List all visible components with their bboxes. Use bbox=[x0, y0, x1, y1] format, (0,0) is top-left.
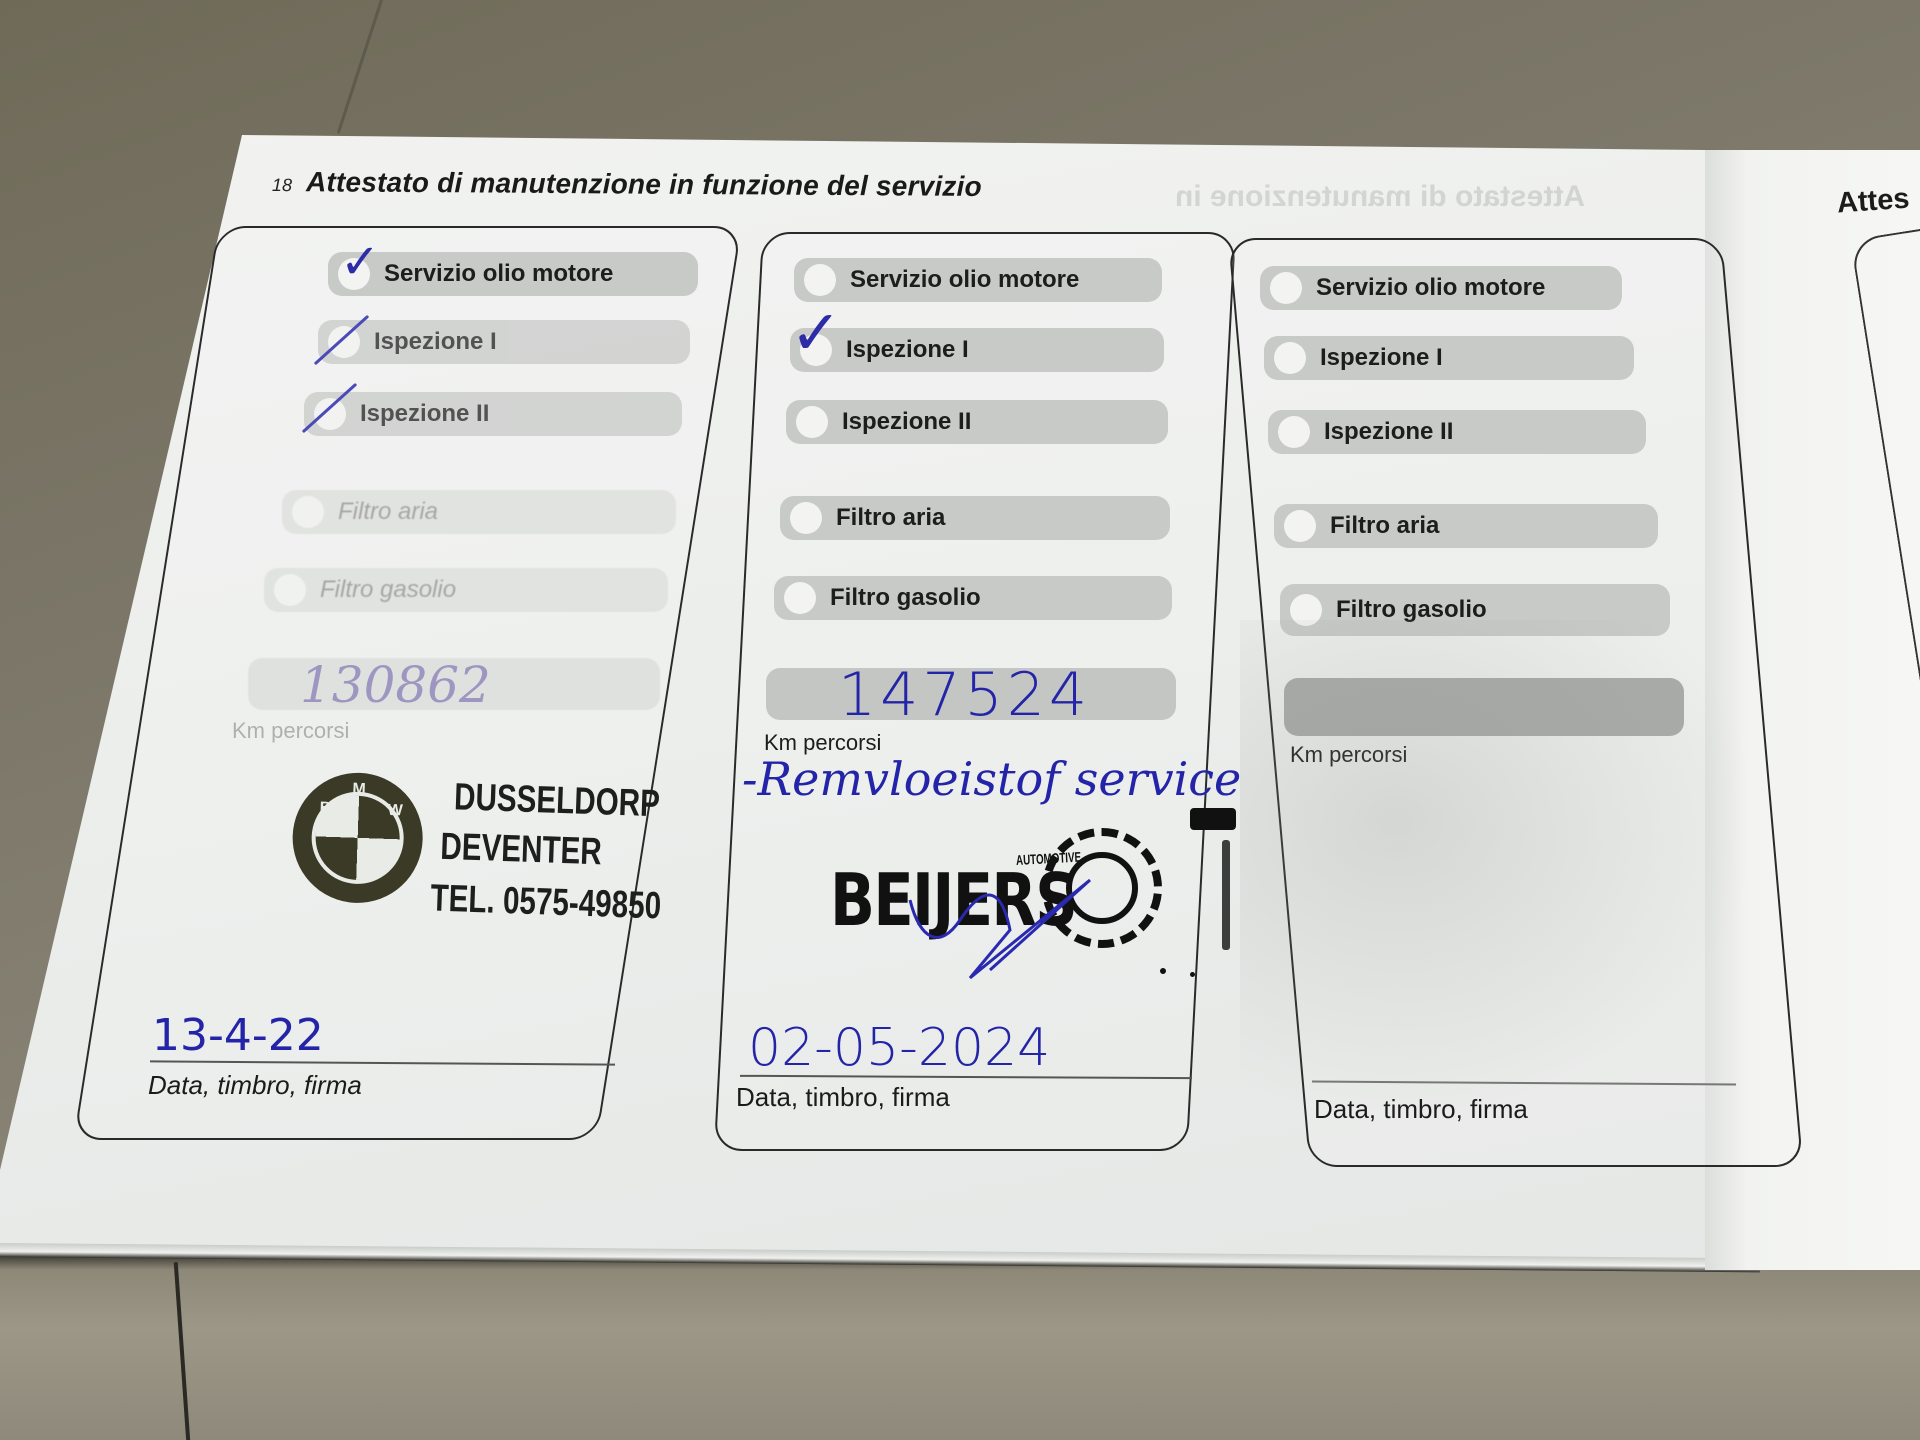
panel2-item-filtro-gasolio[interactable]: Filtro gasolio bbox=[774, 576, 1172, 620]
panel3-item-filtro-aria[interactable]: Filtro aria bbox=[1274, 504, 1658, 548]
panel1-km-label: Km percorsi bbox=[232, 718, 349, 744]
panel2-km-value: 147524 bbox=[838, 660, 1091, 730]
next-page-title: Attes bbox=[1836, 183, 1911, 221]
item-label: Ispezione I bbox=[1320, 344, 1443, 372]
item-label: Ispezione II bbox=[842, 408, 971, 436]
radio-circle-icon[interactable] bbox=[804, 264, 836, 296]
panel1-km-value: 130862 bbox=[300, 656, 491, 714]
item-label: Filtro aria bbox=[1330, 512, 1439, 540]
bmw-logo-icon: B M W bbox=[290, 771, 424, 905]
panel1-item-servizio-olio[interactable]: Servizio olio motore bbox=[328, 252, 698, 296]
radio-circle-icon[interactable] bbox=[1278, 416, 1310, 448]
panel3-km-label: Km percorsi bbox=[1290, 742, 1407, 768]
item-label: Filtro gasolio bbox=[830, 584, 981, 612]
panel2-date: 02-05-2024 bbox=[748, 1018, 1050, 1078]
radio-circle-icon[interactable] bbox=[1274, 342, 1306, 374]
item-label: Ispezione II bbox=[1324, 418, 1453, 446]
ink-speck bbox=[1160, 968, 1166, 974]
bmw-letter: M bbox=[352, 781, 366, 799]
check-mark-icon: ✓ bbox=[340, 234, 380, 290]
item-label: Servizio olio motore bbox=[384, 260, 613, 288]
panel2-service-note: -Remvloeistof service bbox=[742, 752, 1241, 806]
item-label: Servizio olio motore bbox=[1316, 274, 1545, 302]
panel3-km-field[interactable] bbox=[1284, 678, 1684, 736]
radio-circle-icon[interactable] bbox=[1284, 510, 1316, 542]
item-label: Ispezione I bbox=[846, 336, 969, 364]
stamp-dealer-phone: TEL. 0575-49850 bbox=[430, 877, 662, 928]
item-label: Filtro gasolio bbox=[320, 576, 456, 604]
item-label: Filtro gasolio bbox=[1336, 596, 1487, 624]
item-label: Filtro aria bbox=[338, 498, 438, 526]
check-mark-icon: ✓ bbox=[790, 296, 842, 369]
radio-circle-icon[interactable] bbox=[790, 502, 822, 534]
bmw-letter: W bbox=[387, 802, 403, 821]
radio-circle-icon[interactable] bbox=[328, 326, 360, 358]
panel2-signature-label: Data, timbro, firma bbox=[736, 1082, 950, 1113]
page-title: Attestato di manutenzione in funzione de… bbox=[306, 166, 982, 203]
show-through-text: Attestato di manutenzione in bbox=[1175, 180, 1585, 214]
item-label: Servizio olio motore bbox=[850, 266, 1079, 294]
item-label: Ispezione I bbox=[374, 328, 497, 356]
panel1-item-ispezione-2[interactable]: Ispezione II bbox=[304, 392, 682, 436]
panel1-item-filtro-aria[interactable]: Filtro aria bbox=[282, 490, 676, 534]
panel2-item-servizio-olio[interactable]: Servizio olio motore bbox=[794, 258, 1162, 302]
panel1-signature-label: Data, timbro, firma bbox=[148, 1070, 362, 1101]
stamp-dealer-name: DUSSELDORP bbox=[453, 776, 660, 826]
panel1-item-filtro-gasolio[interactable]: Filtro gasolio bbox=[264, 568, 668, 612]
panel1-item-ispezione-1[interactable]: Ispezione I bbox=[318, 320, 690, 364]
panel3-signature-label: Data, timbro, firma bbox=[1314, 1094, 1528, 1125]
page-header: 18 Attestato di manutenzione in funzione… bbox=[272, 166, 982, 203]
page-number: 18 bbox=[272, 175, 292, 196]
radio-circle-icon[interactable] bbox=[796, 406, 828, 438]
ink-smudge bbox=[1190, 808, 1236, 830]
panel3-item-filtro-gasolio[interactable]: Filtro gasolio bbox=[1280, 584, 1670, 636]
radio-circle-icon[interactable] bbox=[274, 574, 306, 606]
panel3-item-ispezione-2[interactable]: Ispezione II bbox=[1268, 410, 1646, 454]
radio-circle-icon[interactable] bbox=[1270, 272, 1302, 304]
ink-speck bbox=[1190, 972, 1195, 977]
stamp-dealer-city: DEVENTER bbox=[440, 826, 603, 875]
handwritten-signature bbox=[900, 860, 1130, 990]
panel2-item-ispezione-1[interactable]: Ispezione I bbox=[790, 328, 1164, 372]
radio-circle-icon[interactable] bbox=[1290, 594, 1322, 626]
bmw-letter: B bbox=[319, 800, 331, 818]
panel3-item-ispezione-1[interactable]: Ispezione I bbox=[1264, 336, 1634, 380]
radio-circle-icon[interactable] bbox=[292, 496, 324, 528]
panel3-item-servizio-olio[interactable]: Servizio olio motore bbox=[1260, 266, 1622, 310]
panel2-item-filtro-aria[interactable]: Filtro aria bbox=[780, 496, 1170, 540]
seat-crease bbox=[337, 0, 383, 134]
radio-circle-icon[interactable] bbox=[784, 582, 816, 614]
ink-smudge bbox=[1222, 840, 1230, 950]
panel1-date: 13-4-22 bbox=[152, 1010, 324, 1061]
item-label: Filtro aria bbox=[836, 504, 945, 532]
panel2-item-ispezione-2[interactable]: Ispezione II bbox=[786, 400, 1168, 444]
item-label: Ispezione II bbox=[360, 400, 489, 428]
leather-seat-background bbox=[0, 1255, 1920, 1440]
